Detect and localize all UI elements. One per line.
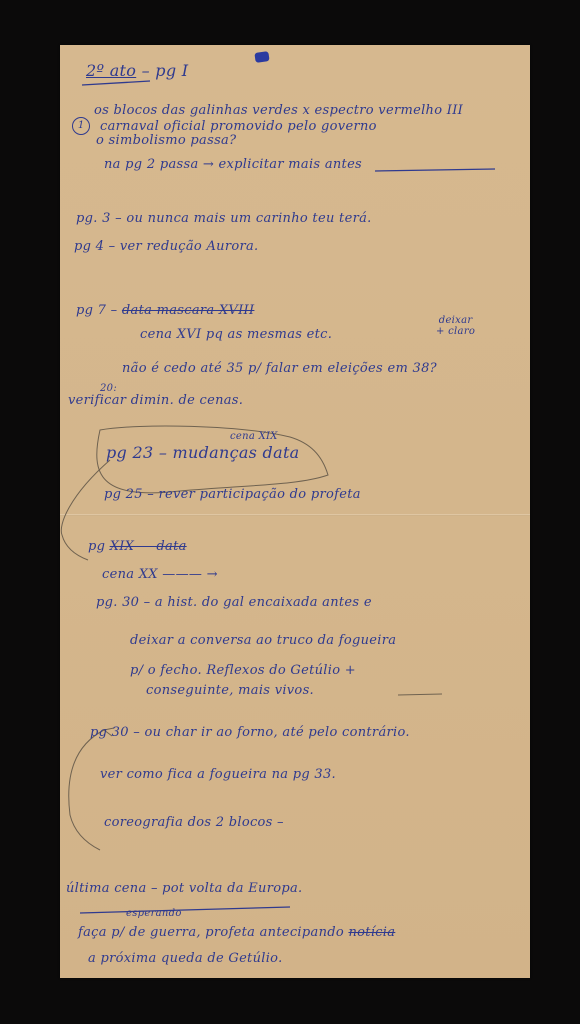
note-line: verificar dimin. de cenas. (68, 393, 243, 408)
page-heading: 2º ato – pg I (86, 61, 188, 80)
pencil-annotations (60, 45, 530, 978)
note-line: última cena – pot volta da Europa. (66, 881, 302, 896)
item-number-marker: 1 (72, 117, 90, 135)
note-line: não é cedo até 35 p/ falar em eleições e… (122, 361, 437, 376)
note-line: pg 30 – ou char ir ao forno, até pelo co… (90, 725, 410, 740)
note-line: carnaval oficial promovido pelo governo (100, 119, 377, 134)
superscript: cena XIX (230, 431, 278, 442)
note-line: p/ o fecho. Reflexos do Getúlio + (130, 663, 356, 678)
note-line: pg 7 – data mascara XVIII (76, 303, 254, 318)
struck-text: XIX — data (110, 539, 187, 554)
note-line: pg 25 – rever participação do profeta (104, 487, 361, 502)
note-line: pg. 30 – a hist. do gal encaixada antes … (96, 595, 372, 610)
struck-text: data mascara XVIII (122, 303, 255, 318)
aside-top: deixar (436, 315, 475, 326)
insertion-text: esperando (126, 908, 182, 919)
note-line: o simbolismo passa? (96, 133, 236, 148)
line-text: faça p/ de guerra, profeta antecipando (78, 925, 344, 940)
note-line: cena XX ——— → (102, 567, 218, 582)
aside-bottom: + claro (436, 326, 475, 337)
note-line: pg 4 – ver redução Aurora. (74, 239, 259, 254)
note-line: a próxima queda de Getúlio. (88, 951, 283, 966)
note-line: ver como fica a fogueira na pg 33. (100, 767, 336, 782)
note-line: faça p/ de guerra, profeta antecipando n… (78, 925, 395, 940)
note-line: pg XIX — data (88, 539, 187, 554)
heading-text: 2º ato (86, 61, 136, 80)
struck-text: notícia (348, 925, 395, 940)
note-line: coreografia dos 2 blocos – (104, 815, 284, 830)
note-line: os blocos das galinhas verdes x espectro… (94, 103, 463, 118)
note-line: conseguinte, mais vivos. (146, 683, 314, 698)
note-line: pg 23 – mudanças data (106, 443, 300, 462)
margin-aside: deixar + claro (436, 315, 475, 337)
note-line: na pg 2 passa → explicitar mais antes (104, 157, 362, 172)
note-line: deixar a conversa ao truco da fogueira (130, 633, 396, 648)
line-text: pg (88, 539, 105, 554)
note-line: cena XVI pq as mesmas etc. (140, 327, 332, 342)
heading-suffix: – pg I (142, 61, 189, 80)
manuscript-page: 2º ato – pg I 1 os blocos das galinhas v… (60, 45, 530, 978)
note-line: pg. 3 – ou nunca mais um carinho teu ter… (76, 211, 372, 226)
line-text: pg 7 – (76, 303, 117, 318)
